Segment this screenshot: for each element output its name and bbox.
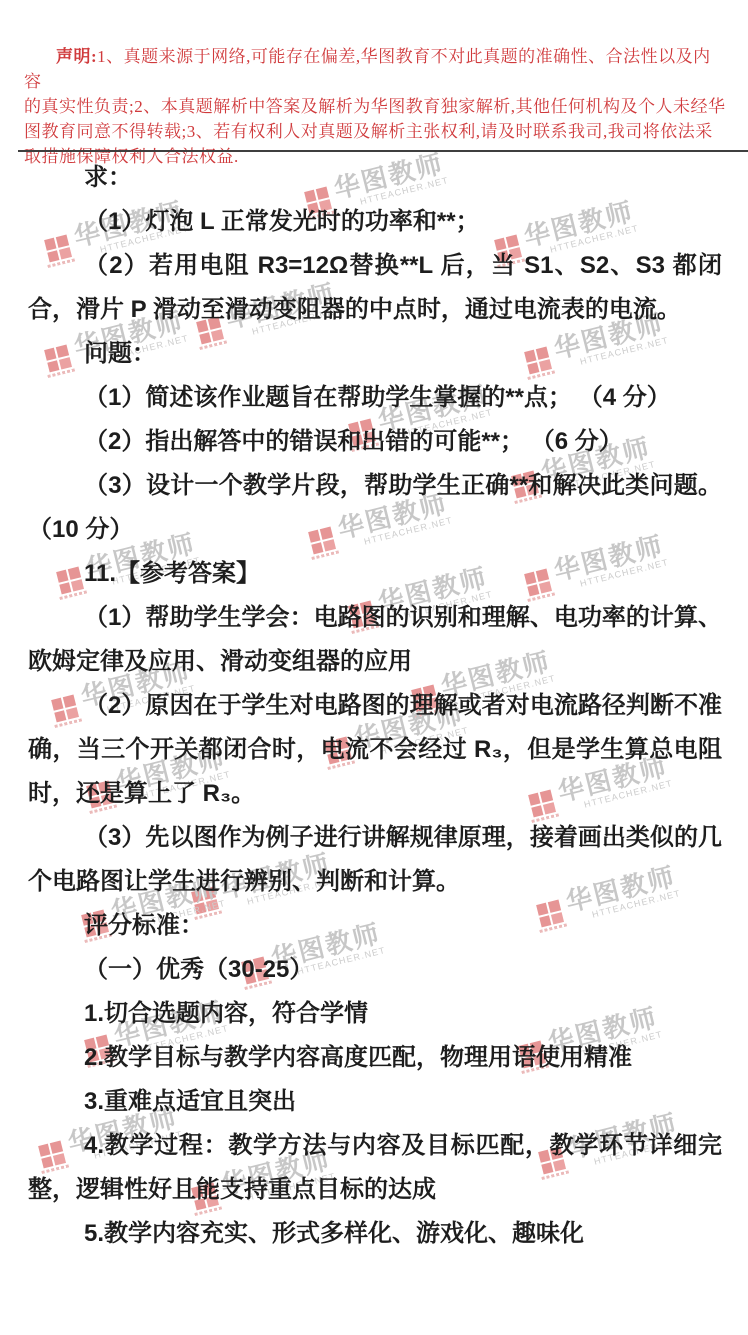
text-line: 11.【参考答案】 <box>28 552 722 596</box>
text-line: 2.教学目标与教学内容高度匹配，物理用语使用精准 <box>28 1036 722 1080</box>
text-line: （1）灯泡 L 正常发光时的功率和**； <box>28 200 722 244</box>
text-line: 评分标准： <box>28 904 722 948</box>
disclaimer-line: 图教育同意不得转载;3、若有权利人对真题及解析主张权利,请及时联系我司,我司将依… <box>24 119 726 144</box>
disclaimer-line: 的真实性负责;2、本真题解析中答案及解析为华图教育独家解析,其他任何机构及个人未… <box>24 94 726 119</box>
text-line: （10 分） <box>28 508 722 552</box>
disclaimer-prefix: 声明: <box>56 47 97 66</box>
text-line: 时，还是算上了 R₃。 <box>28 772 722 816</box>
text-line: 4.教学过程：教学方法与内容及目标匹配，教学环节详细完 <box>28 1124 722 1168</box>
text-line: 求： <box>28 156 722 200</box>
text-line: （2）若用电阻 R3=12Ω替换**L 后，当 S1、S2、S3 都闭 <box>28 244 722 288</box>
text-line: 个电路图让学生进行辨别、判断和计算。 <box>28 860 722 904</box>
document-page: 华图教师HTTEACHER.NET华图教师HTTEACHER.NET华图教师HT… <box>0 0 748 1335</box>
text-line: 确，当三个开关都闭合时，电流不会经过 R₃，但是学生算总电阻 <box>28 728 722 772</box>
document-body: 求：（1）灯泡 L 正常发光时的功率和**；（2）若用电阻 R3=12Ω替换**… <box>0 156 748 1256</box>
text-line: （1）帮助学生学会：电路图的识别和理解、电功率的计算、 <box>28 596 722 640</box>
text-line: （2）指出解答中的错误和出错的可能**； （6 分） <box>28 420 722 464</box>
disclaimer-line: 声明:1、真题来源于网络,可能存在偏差,华图教育不对此真题的准确性、合法性以及内… <box>24 44 726 94</box>
text-line: 欧姆定律及应用、滑动变组器的应用 <box>28 640 722 684</box>
text-line: 合，滑片 P 滑动至滑动变阻器的中点时，通过电流表的电流。 <box>28 288 722 332</box>
text-line: 问题： <box>28 332 722 376</box>
text-line: （3）先以图作为例子进行讲解规律原理，接着画出类似的几 <box>28 816 722 860</box>
section-divider <box>18 150 748 152</box>
text-line: （1）简述该作业题旨在帮助学生掌握的**点； （4 分） <box>28 376 722 420</box>
text-line: 3.重难点适宜且突出 <box>28 1080 722 1124</box>
text-line: 5.教学内容充实、形式多样化、游戏化、趣味化 <box>28 1212 722 1256</box>
text-line: 整，逻辑性好且能支持重点目标的达成 <box>28 1168 722 1212</box>
text-line: （3）设计一个教学片段，帮助学生正确**和解决此类问题。 <box>28 464 722 508</box>
text-line: （一）优秀（30-25） <box>28 948 722 992</box>
text-line: 1.切合选题内容，符合学情 <box>28 992 722 1036</box>
text-line: （2）原因在于学生对电路图的理解或者对电流路径判断不准 <box>28 684 722 728</box>
